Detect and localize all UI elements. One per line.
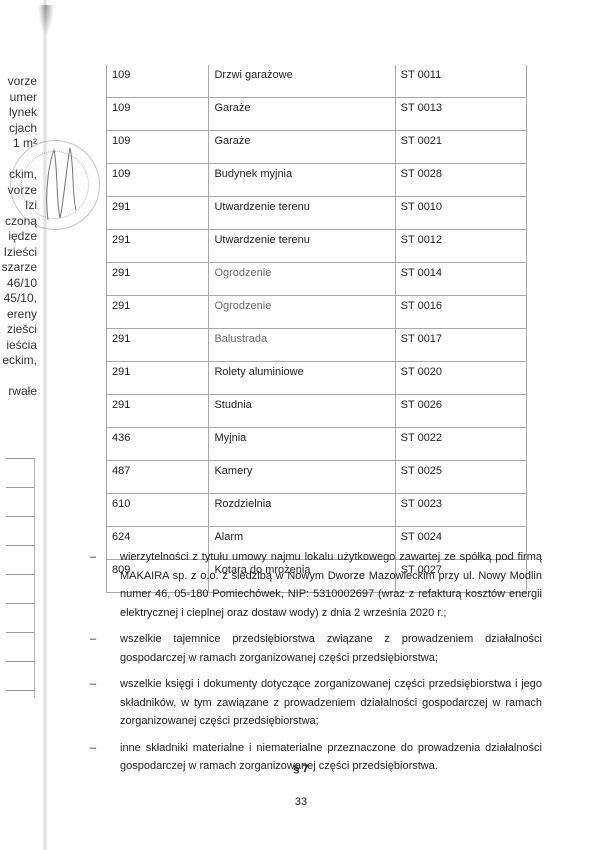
table-row: 436MyjniaST 0022 (107, 428, 527, 461)
code-cell: ST 0012 (395, 230, 526, 263)
table-row: 291StudniaST 0026 (107, 395, 527, 428)
code-cell: ST 0010 (395, 197, 526, 230)
table-row: 610RozdzielniaST 0023 (107, 494, 527, 527)
name-cell: Garaże (209, 98, 395, 131)
table-row: 109Budynek myjniaST 0028 (107, 164, 527, 197)
account-cell: 610 (107, 494, 209, 527)
dash-bullet-icon: – (90, 548, 96, 567)
margin-fragment: szarze (2, 260, 37, 276)
section-heading: § 7 (0, 763, 602, 775)
code-cell: ST 0017 (395, 329, 526, 362)
list-item: –wszelkie księgi i dokumenty dotyczące z… (90, 675, 542, 731)
dash-bullet-icon: – (90, 630, 96, 649)
margin-tick-line (6, 690, 34, 691)
margin-tick-line (6, 574, 34, 575)
name-cell: Ogrodzenie (209, 296, 395, 329)
margin-tick-line (6, 545, 34, 546)
margin-fragment: ziešci (2, 322, 37, 338)
margin-tick-line (6, 487, 34, 488)
name-cell: Drzwi garażowe (209, 65, 395, 98)
code-cell: ST 0011 (395, 65, 526, 98)
table-row: 487KameryST 0025 (107, 461, 527, 494)
page-fold-shadow (42, 0, 48, 850)
margin-fragment: rwałe (2, 384, 37, 400)
staple-mark (38, 5, 54, 35)
fixed-assets-table: 109Drzwi garażoweST 0011109GarażeST 0013… (106, 65, 527, 593)
code-cell: ST 0020 (395, 362, 526, 395)
table-row: 291Utwardzenie terenuST 0012 (107, 230, 527, 263)
table-row: 291Utwardzenie terenuST 0010 (107, 197, 527, 230)
signature-icon (40, 140, 80, 225)
name-cell: Rolety aluminiowe (209, 362, 395, 395)
code-cell: ST 0022 (395, 428, 526, 461)
account-cell: 291 (107, 395, 209, 428)
account-cell: 291 (107, 230, 209, 263)
margin-tick-line (6, 603, 34, 604)
margin-fragment: iędze (2, 229, 37, 245)
asset-components-list: –wierzytelności z tytułu umowy najmu lok… (90, 548, 542, 784)
account-cell: 291 (107, 197, 209, 230)
name-cell: Balustrada (209, 329, 395, 362)
name-cell: Rozdzielnia (209, 494, 395, 527)
account-cell: 109 (107, 98, 209, 131)
code-cell: ST 0014 (395, 263, 526, 296)
dash-bullet-icon: – (90, 739, 96, 758)
account-cell: 487 (107, 461, 209, 494)
margin-tick-line (6, 458, 34, 459)
margin-fragment: Izieści (2, 245, 37, 261)
table-row: 109GarażeST 0013 (107, 98, 527, 131)
table-row: 291OgrodzenieST 0014 (107, 263, 527, 296)
account-cell: 291 (107, 329, 209, 362)
code-cell: ST 0016 (395, 296, 526, 329)
margin-fragment: lynek (2, 105, 37, 121)
margin-fragment: umer (2, 90, 37, 106)
table-row: 109Drzwi garażoweST 0011 (107, 65, 527, 98)
name-cell: Myjnia (209, 428, 395, 461)
code-cell: ST 0025 (395, 461, 526, 494)
cut-off-margin-text: vorzeumerlynekcjach1 m²ckim,vorzeIziczon… (2, 74, 37, 400)
code-cell: ST 0023 (395, 494, 526, 527)
code-cell: ST 0026 (395, 395, 526, 428)
list-item: –wierzytelności z tytułu umowy najmu lok… (90, 548, 542, 622)
name-cell: Utwardzenie terenu (209, 197, 395, 230)
name-cell: Studnia (209, 395, 395, 428)
name-cell: Budynek myjnia (209, 164, 395, 197)
margin-fragment: vorze (2, 74, 37, 90)
margin-fragment: ieścia (2, 338, 37, 354)
list-item-text: wierzytelności z tytułu umowy najmu loka… (120, 551, 542, 619)
account-cell: 291 (107, 362, 209, 395)
margin-fragment: ereny (2, 307, 37, 323)
margin-fragment: 45/10, (2, 291, 37, 307)
account-cell: 291 (107, 296, 209, 329)
name-cell: Garaże (209, 131, 395, 164)
code-cell: ST 0028 (395, 164, 526, 197)
code-cell: ST 0021 (395, 131, 526, 164)
margin-fragment: 46/10 (2, 276, 37, 292)
account-cell: 109 (107, 65, 209, 98)
code-cell: ST 0013 (395, 98, 526, 131)
account-cell: 109 (107, 164, 209, 197)
page-number: 33 (0, 796, 602, 808)
account-cell: 436 (107, 428, 209, 461)
margin-fragment: eckim, (2, 353, 37, 369)
account-cell: 109 (107, 131, 209, 164)
table-row: 109GarażeST 0021 (107, 131, 527, 164)
margin-fragment: cjach (2, 121, 37, 137)
name-cell: Utwardzenie terenu (209, 230, 395, 263)
dash-bullet-icon: – (90, 675, 96, 694)
table-row: 291BalustradaST 0017 (107, 329, 527, 362)
margin-fragment (2, 369, 37, 385)
margin-tick-line (6, 516, 34, 517)
margin-vertical-line (34, 458, 35, 698)
name-cell: Ogrodzenie (209, 263, 395, 296)
list-item-text: wszelkie tajemnice przedsiębiorstwa zwią… (120, 633, 542, 664)
table-row: 291OgrodzenieST 0016 (107, 296, 527, 329)
table-row: 291Rolety aluminioweST 0020 (107, 362, 527, 395)
list-item-text: wszelkie księgi i dokumenty dotyczące zo… (120, 678, 542, 727)
margin-tick-line (6, 661, 34, 662)
account-cell: 291 (107, 263, 209, 296)
name-cell: Kamery (209, 461, 395, 494)
margin-tick-line (6, 632, 34, 633)
list-item: –wszelkie tajemnice przedsiębiorstwa zwi… (90, 630, 542, 667)
